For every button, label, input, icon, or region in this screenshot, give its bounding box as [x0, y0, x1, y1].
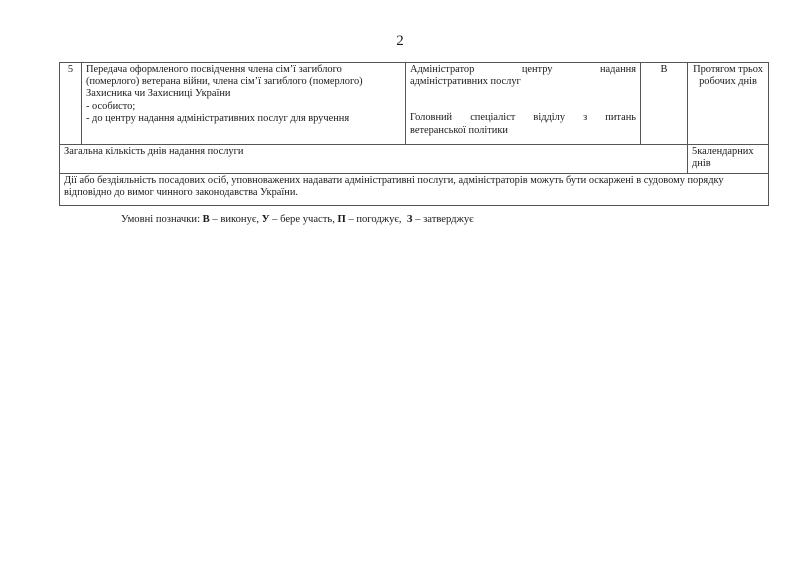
step-number: 5 [60, 63, 82, 145]
word: відділу [533, 112, 565, 124]
total-row: Загальна кількість днів надання послуги … [60, 145, 769, 174]
responsible-1-rest: адміністративних послуг [410, 76, 636, 88]
legend-key: П [338, 214, 346, 225]
appeal-row: Дії або бездіяльність посадових осіб, уп… [60, 174, 769, 206]
description-line: Передача оформленого посвідчення члена с… [86, 64, 401, 76]
total-label: Загальна кількість днів надання послуги [60, 145, 688, 174]
responsible-2-rest: ветеранської політики [410, 125, 636, 137]
appeal-text: Дії або бездіяльність посадових осіб, уп… [60, 174, 769, 206]
word: центру [522, 64, 553, 76]
word: надання [600, 64, 636, 76]
word: Головний [410, 112, 452, 124]
responsible-2-line: Головний спеціаліст відділу з питань [410, 112, 636, 124]
role-code: В [641, 63, 688, 145]
legend-text: – бере участь, [270, 214, 338, 225]
responsible-person: Адміністратор центру надання адміністрат… [406, 63, 641, 145]
legend-key: В [203, 214, 210, 225]
word: з [583, 112, 587, 124]
legend-text: – затверджує [412, 214, 473, 225]
service-steps-table: 5 Передача оформленого посвідчення члена… [59, 62, 769, 206]
total-value: 5календарних днів [688, 145, 769, 174]
word: Адміністратор [410, 64, 474, 76]
term: Протягом трьох робочих днів [688, 63, 769, 145]
step-description: Передача оформленого посвідчення члена с… [82, 63, 406, 145]
description-line: - особисто; [86, 101, 401, 113]
legend-text: – погоджує, [346, 214, 407, 225]
description-line: Захисника чи Захисниці України [86, 88, 401, 100]
legend: Умовні позначки: В – виконує, У – бере у… [121, 214, 474, 225]
description-line: (померлого) ветерана війни, члена сім’ї … [86, 76, 401, 88]
description-line: - до центру надання адміністративних пос… [86, 113, 401, 125]
legend-key: У [262, 214, 270, 225]
responsible-1-line: Адміністратор центру надання [410, 64, 636, 76]
legend-text: – виконує, [210, 214, 262, 225]
word: спеціаліст [470, 112, 515, 124]
legend-prefix: Умовні позначки: [121, 214, 203, 225]
page-number: 2 [0, 33, 800, 50]
word: питань [605, 112, 636, 124]
table-row: 5 Передача оформленого посвідчення члена… [60, 63, 769, 145]
